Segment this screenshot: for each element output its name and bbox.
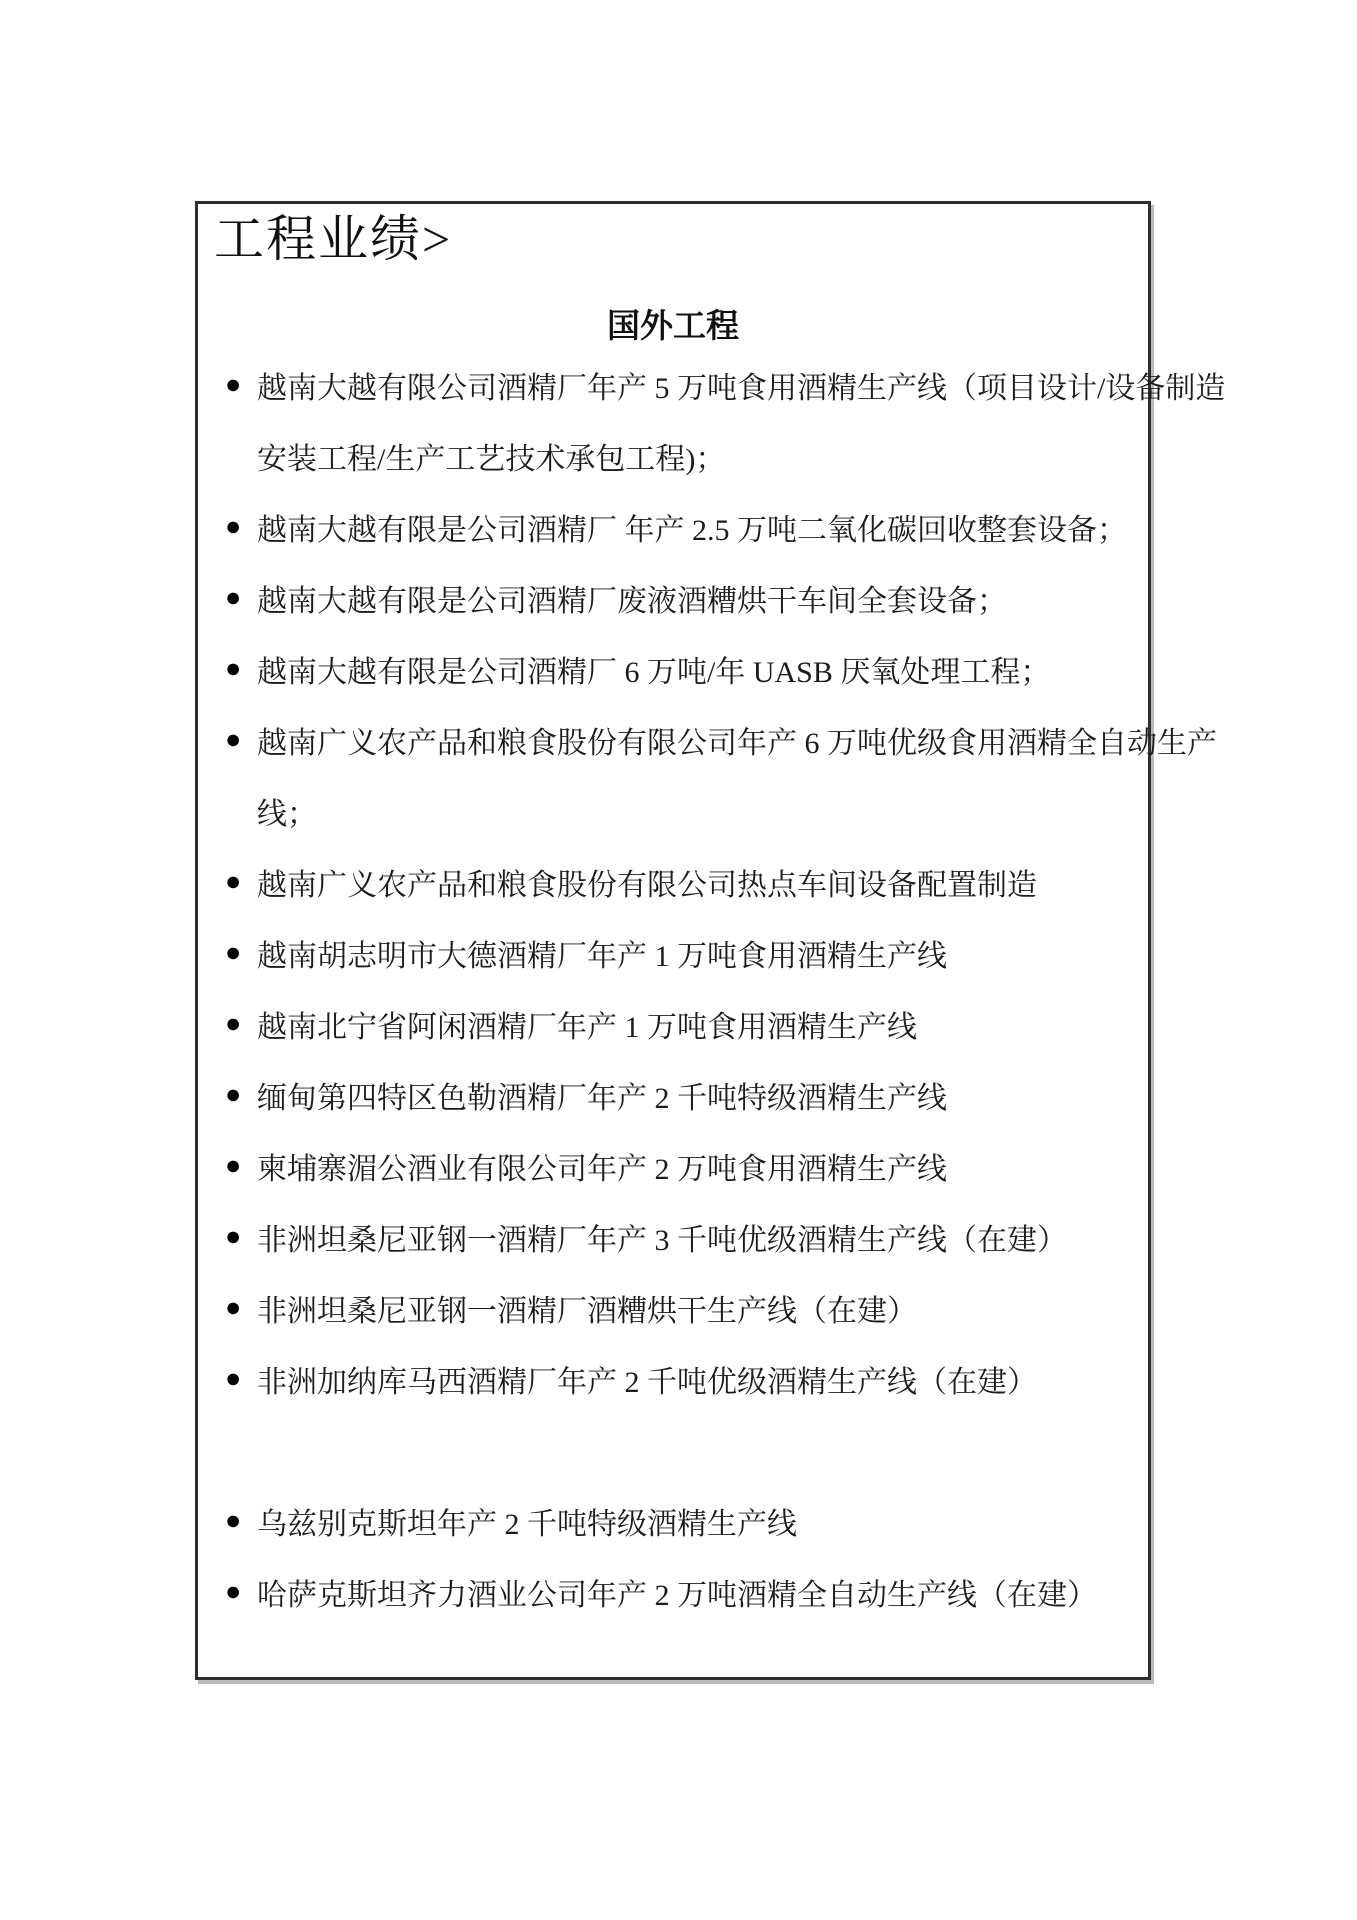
list-item: ● 越南胡志明市大德酒精厂年产 1 万吨食用酒精生产线 — [225, 917, 1130, 988]
list-item: ● 越南广义农产品和粮食股份有限公司年产 6 万吨优级食用酒精全自动生产 线； — [225, 704, 1130, 846]
bullet-icon: ● — [225, 988, 255, 1059]
item-text-line: 乌兹别克斯坦年产 2 千吨特级酒精生产线 — [257, 1485, 1130, 1556]
content-frame: 工程业绩> 国外工程 ● 越南大越有限公司酒精厂年产 5 万吨食用酒精生产线（项… — [195, 201, 1151, 1680]
item-text-line: 越南胡志明市大德酒精厂年产 1 万吨食用酒精生产线 — [257, 917, 1130, 988]
bullet-icon: ● — [225, 917, 255, 988]
page-title: 工程业绩> — [214, 208, 452, 270]
project-list: ● 越南大越有限公司酒精厂年产 5 万吨食用酒精生产线（项目设计/设备制造 安装… — [225, 349, 1130, 1627]
list-item: ● 越南大越有限是公司酒精厂 6 万吨/年 UASB 厌氧处理工程； — [225, 633, 1130, 704]
item-text-line: 线； — [257, 775, 1130, 846]
list-item: ● 越南大越有限是公司酒精厂废液酒糟烘干车间全套设备； — [225, 562, 1130, 633]
item-text-line: 非洲加纳库马西酒精厂年产 2 千吨优级酒精生产线（在建） — [257, 1343, 1130, 1414]
bullet-icon: ● — [225, 704, 255, 775]
item-text-line: 缅甸第四特区色勒酒精厂年产 2 千吨特级酒精生产线 — [257, 1059, 1130, 1130]
bullet-icon: ● — [225, 1130, 255, 1201]
item-text-line: 越南大越有限公司酒精厂年产 5 万吨食用酒精生产线（项目设计/设备制造 — [257, 349, 1130, 420]
bullet-icon: ● — [225, 491, 255, 562]
item-text-line: 安装工程/生产工艺技术承包工程)； — [257, 420, 1130, 491]
list-item: ● 缅甸第四特区色勒酒精厂年产 2 千吨特级酒精生产线 — [225, 1059, 1130, 1130]
list-item: ● 非洲坦桑尼亚钢一酒精厂酒糟烘干生产线（在建） — [225, 1272, 1130, 1343]
list-item: ● 哈萨克斯坦齐力酒业公司年产 2 万吨酒精全自动生产线（在建） — [225, 1556, 1130, 1627]
bullet-icon: ● — [225, 562, 255, 633]
bullet-icon: ● — [225, 349, 255, 420]
list-item: ● 非洲加纳库马西酒精厂年产 2 千吨优级酒精生产线（在建） — [225, 1343, 1130, 1414]
list-item: ● 柬埔寨湄公酒业有限公司年产 2 万吨食用酒精生产线 — [225, 1130, 1130, 1201]
item-text-line: 越南大越有限是公司酒精厂 6 万吨/年 UASB 厌氧处理工程； — [257, 633, 1130, 704]
item-text-line: 非洲坦桑尼亚钢一酒精厂酒糟烘干生产线（在建） — [257, 1272, 1130, 1343]
item-text-line: 越南北宁省阿闲酒精厂年产 1 万吨食用酒精生产线 — [257, 988, 1130, 1059]
section-heading: 国外工程 — [198, 300, 1148, 347]
list-item: ● 越南大越有限是公司酒精厂 年产 2.5 万吨二氧化碳回收整套设备； — [225, 491, 1130, 562]
bullet-icon: ● — [225, 1556, 255, 1627]
item-text-line: 越南广义农产品和粮食股份有限公司年产 6 万吨优级食用酒精全自动生产 — [257, 704, 1130, 775]
item-text-line: 非洲坦桑尼亚钢一酒精厂年产 3 千吨优级酒精生产线（在建） — [257, 1201, 1130, 1272]
bullet-icon: ● — [225, 846, 255, 917]
item-text-line: 哈萨克斯坦齐力酒业公司年产 2 万吨酒精全自动生产线（在建） — [257, 1556, 1130, 1627]
bullet-icon: ● — [225, 633, 255, 704]
list-item: ● 乌兹别克斯坦年产 2 千吨特级酒精生产线 — [225, 1485, 1130, 1556]
list-item: ● 非洲坦桑尼亚钢一酒精厂年产 3 千吨优级酒精生产线（在建） — [225, 1201, 1130, 1272]
list-item: ● 越南大越有限公司酒精厂年产 5 万吨食用酒精生产线（项目设计/设备制造 安装… — [225, 349, 1130, 491]
bullet-icon: ● — [225, 1485, 255, 1556]
item-text-line: 越南广义农产品和粮食股份有限公司热点车间设备配置制造 — [257, 846, 1130, 917]
item-text-line: 越南大越有限是公司酒精厂 年产 2.5 万吨二氧化碳回收整套设备； — [257, 491, 1130, 562]
list-item: ● 越南北宁省阿闲酒精厂年产 1 万吨食用酒精生产线 — [225, 988, 1130, 1059]
list-item: ● 越南广义农产品和粮食股份有限公司热点车间设备配置制造 — [225, 846, 1130, 917]
bullet-icon: ● — [225, 1343, 255, 1414]
item-text-line: 越南大越有限是公司酒精厂废液酒糟烘干车间全套设备； — [257, 562, 1130, 633]
bullet-icon: ● — [225, 1272, 255, 1343]
item-text-line: 柬埔寨湄公酒业有限公司年产 2 万吨食用酒精生产线 — [257, 1130, 1130, 1201]
scanned-document-page: { "page": { "title": "工程业绩>", "section_h… — [0, 0, 1357, 1920]
bullet-icon: ● — [225, 1059, 255, 1130]
bullet-icon: ● — [225, 1201, 255, 1272]
